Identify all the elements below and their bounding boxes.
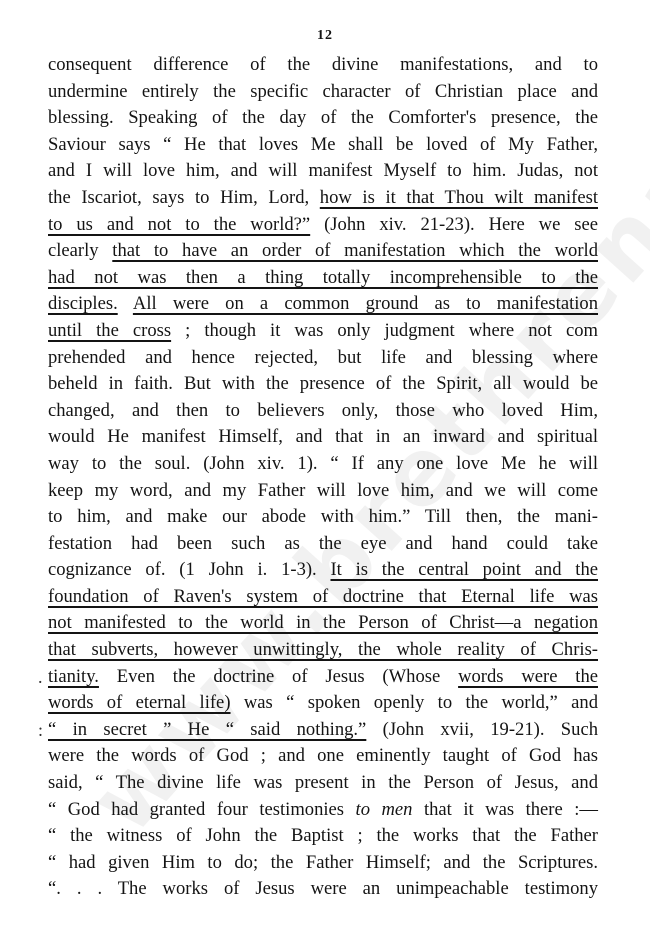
text-segment: and I will love him, and will manifest M… bbox=[48, 160, 598, 181]
text-segment: the Iscariot, says to Him, Lord, bbox=[48, 187, 320, 208]
text-line: “. . . The works of Jesus were an unimpe… bbox=[48, 876, 598, 903]
text-line: prehended and hence rejected, but life a… bbox=[48, 345, 598, 372]
underlined-text: that to have an order of manifestation w… bbox=[112, 240, 598, 261]
text-line: and I will love him, and will manifest M… bbox=[48, 158, 598, 185]
text-line: words of eternal life) was “ spoken open… bbox=[48, 690, 598, 717]
text-line: to him, and make our abode with him.” Ti… bbox=[48, 504, 598, 531]
text-line: not manifested to the world in the Perso… bbox=[48, 610, 598, 637]
underlined-text: not manifested to the world in the Perso… bbox=[48, 612, 598, 633]
text-segment: would He manifest Himself, and that in a… bbox=[48, 426, 598, 447]
text-segment: Even the doctrine of Jesus (Whose bbox=[99, 666, 458, 687]
text-line: consequent difference of the divine mani… bbox=[48, 52, 598, 79]
text-line: way to the soul. (John xiv. 1). “ If any… bbox=[48, 451, 598, 478]
text-segment: consequent difference of the divine mani… bbox=[48, 54, 598, 75]
text-line: :“ in secret ” He “ said nothing.” (John… bbox=[48, 717, 598, 744]
text-segment: prehended and hence rejected, but life a… bbox=[48, 347, 598, 368]
text-segment: to him, and make our abode with him.” Ti… bbox=[48, 506, 598, 527]
text-segment: festation had been such as the eye and h… bbox=[48, 533, 598, 554]
underlined-text: It is the central point and the bbox=[330, 559, 598, 580]
text-line: until the cross ; though it was only jud… bbox=[48, 318, 598, 345]
underlined-text: had not was then a thing totally incompr… bbox=[48, 267, 598, 288]
text-segment: blessing. Speaking of the day of the Com… bbox=[48, 107, 598, 128]
text-segment: clearly bbox=[48, 240, 112, 261]
text-segment: that it was there :— bbox=[412, 799, 598, 820]
text-line: “ had given Him to do; the Father Himsel… bbox=[48, 850, 598, 877]
text-line: .tianity. Even the doctrine of Jesus (Wh… bbox=[48, 664, 598, 691]
text-line: beheld in faith. But with the presence o… bbox=[48, 371, 598, 398]
text-line: the Iscariot, says to Him, Lord, how is … bbox=[48, 185, 598, 212]
text-line: festation had been such as the eye and h… bbox=[48, 531, 598, 558]
underlined-text: words were the bbox=[458, 666, 598, 687]
text-line: disciples. All were on a common ground a… bbox=[48, 291, 598, 318]
text-segment: (John xiv. 21-23). Here we see bbox=[310, 214, 598, 235]
text-segment: were the words of God ; and one eminentl… bbox=[48, 745, 598, 766]
text-line: clearly that to have an order of manifes… bbox=[48, 238, 598, 265]
underlined-text: All were on a common ground as to manife… bbox=[133, 293, 598, 314]
text-line: blessing. Speaking of the day of the Com… bbox=[48, 105, 598, 132]
page-body: consequent difference of the divine mani… bbox=[48, 52, 598, 903]
page-number: 12 bbox=[0, 28, 650, 44]
text-segment: beheld in faith. But with the presence o… bbox=[48, 373, 598, 394]
margin-mark: : bbox=[38, 717, 43, 744]
underlined-text: foundation of Raven's system of doctrine… bbox=[48, 586, 598, 607]
text-line: that subverts, however unwittingly, the … bbox=[48, 637, 598, 664]
text-line: said, “ The divine life was present in t… bbox=[48, 770, 598, 797]
text-segment: “ had given Him to do; the Father Himsel… bbox=[48, 852, 598, 873]
text-segment: ; though it was only judgment where not … bbox=[171, 320, 598, 341]
underlined-text: that subverts, however unwittingly, the … bbox=[48, 639, 598, 660]
italic-text: to men bbox=[356, 799, 413, 820]
text-line: had not was then a thing totally incompr… bbox=[48, 265, 598, 292]
text-segment: keep my word, and my Father will love hi… bbox=[48, 480, 598, 501]
underlined-text: tianity. bbox=[48, 666, 99, 687]
text-segment: (John xvii, 19-21). Such bbox=[366, 719, 598, 740]
text-segment: “ God had granted four testimonies bbox=[48, 799, 356, 820]
text-segment: changed, and then to believers only, tho… bbox=[48, 400, 598, 421]
text-segment: Saviour says “ He that loves Me shall be… bbox=[48, 134, 598, 155]
text-line: keep my word, and my Father will love hi… bbox=[48, 478, 598, 505]
text-line: to us and not to the world?” (John xiv. … bbox=[48, 212, 598, 239]
text-segment: said, “ The divine life was present in t… bbox=[48, 772, 598, 793]
text-line: undermine entirely the specific characte… bbox=[48, 79, 598, 106]
underlined-text: “ in secret ” He “ said nothing.” bbox=[48, 719, 366, 740]
underlined-text: until the cross bbox=[48, 320, 171, 341]
text-line: “ the witness of John the Baptist ; the … bbox=[48, 823, 598, 850]
text-segment: “ the witness of John the Baptist ; the … bbox=[48, 825, 598, 846]
underlined-text: to us and not to the world?” bbox=[48, 214, 310, 235]
text-line: foundation of Raven's system of doctrine… bbox=[48, 584, 598, 611]
underlined-text: disciples. bbox=[48, 293, 118, 314]
underlined-text: how is it that Thou wilt manifest bbox=[320, 187, 598, 208]
text-line: changed, and then to believers only, tho… bbox=[48, 398, 598, 425]
text-segment: was “ spoken openly to the world,” and bbox=[231, 692, 598, 713]
text-segment: “. . . The works of Jesus were an unimpe… bbox=[48, 878, 598, 899]
text-line: cognizance of. (1 John i. 1-3). It is th… bbox=[48, 557, 598, 584]
text-segment: cognizance of. (1 John i. 1-3). bbox=[48, 559, 330, 580]
text-segment: way to the soul. (John xiv. 1). “ If any… bbox=[48, 453, 598, 474]
text-segment: undermine entirely the specific characte… bbox=[48, 81, 598, 102]
text-line: would He manifest Himself, and that in a… bbox=[48, 424, 598, 451]
text-segment bbox=[118, 293, 133, 314]
text-line: “ God had granted four testimonies to me… bbox=[48, 797, 598, 824]
margin-mark: . bbox=[38, 664, 43, 691]
text-line: were the words of God ; and one eminentl… bbox=[48, 743, 598, 770]
text-line: Saviour says “ He that loves Me shall be… bbox=[48, 132, 598, 159]
underlined-text: words of eternal life) bbox=[48, 692, 231, 713]
